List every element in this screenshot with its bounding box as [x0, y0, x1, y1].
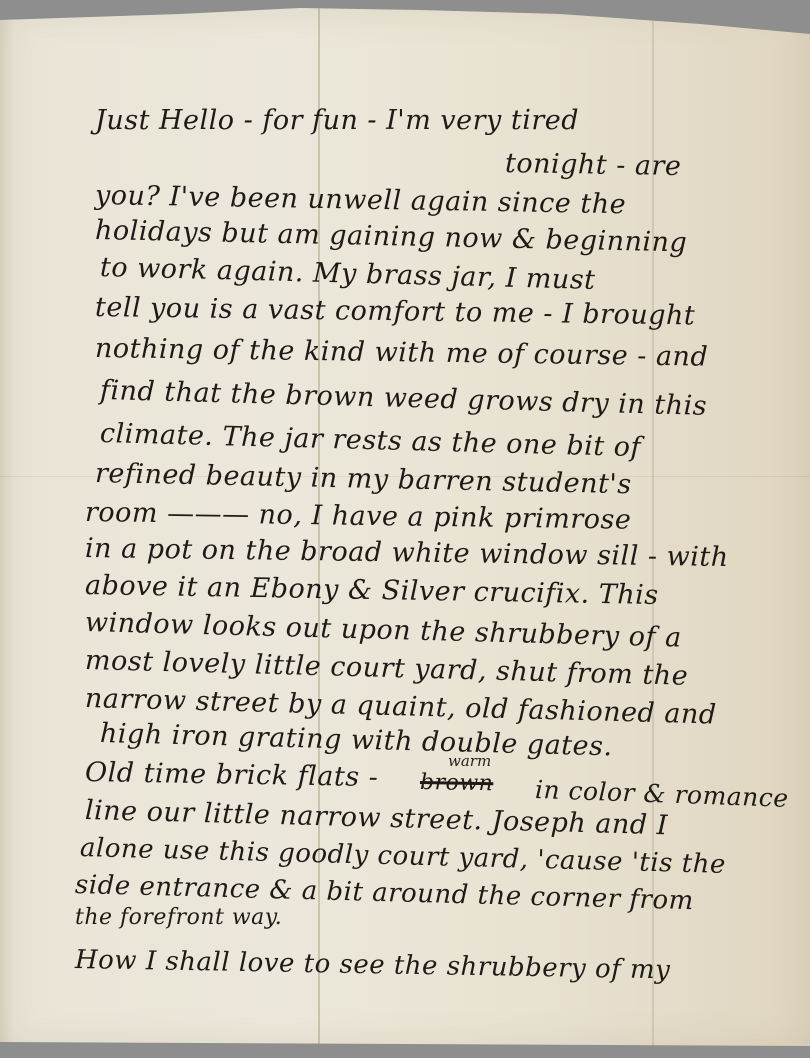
letter-line: tell you is a vast comfort to me - I bro… [95, 292, 696, 331]
letter-line: nothing of the kind with me of course - … [95, 333, 709, 373]
letter-line: Old time brick flats - [85, 757, 379, 793]
letter-line: How I shall love to see the shrubbery of… [75, 945, 671, 985]
letter-line: find that the brown weed grows dry in th… [100, 375, 708, 422]
letter-line: in a pot on the broad white window sill … [85, 533, 729, 573]
letter-line: to work again. My brass jar, I must [100, 252, 596, 296]
struck-word: brown [420, 770, 494, 796]
handwritten-letter: Just Hello - for fun - I'm very tired to… [0, 0, 810, 1058]
letter-line: you? I've been unwell again since the [95, 180, 627, 220]
letter-line: Just Hello - for fun - I'm very tired [95, 105, 579, 136]
letter-line: climate. The jar rests as the one bit of [100, 418, 642, 463]
letter-line: the forefront way. [75, 905, 282, 930]
document-scan: Just Hello - for fun - I'm very tired to… [0, 0, 810, 1058]
letter-line: holidays but am gaining now & beginning [95, 215, 688, 258]
letter-line: room ——— no, I have a pink primrose [85, 497, 632, 536]
letter-line: tonight - are [505, 148, 682, 182]
inserted-word: warm [448, 752, 491, 770]
letter-line: refined beauty in my barren student's [95, 458, 632, 500]
letter-line: above it an Ebony & Silver crucifix. Thi… [85, 570, 659, 611]
